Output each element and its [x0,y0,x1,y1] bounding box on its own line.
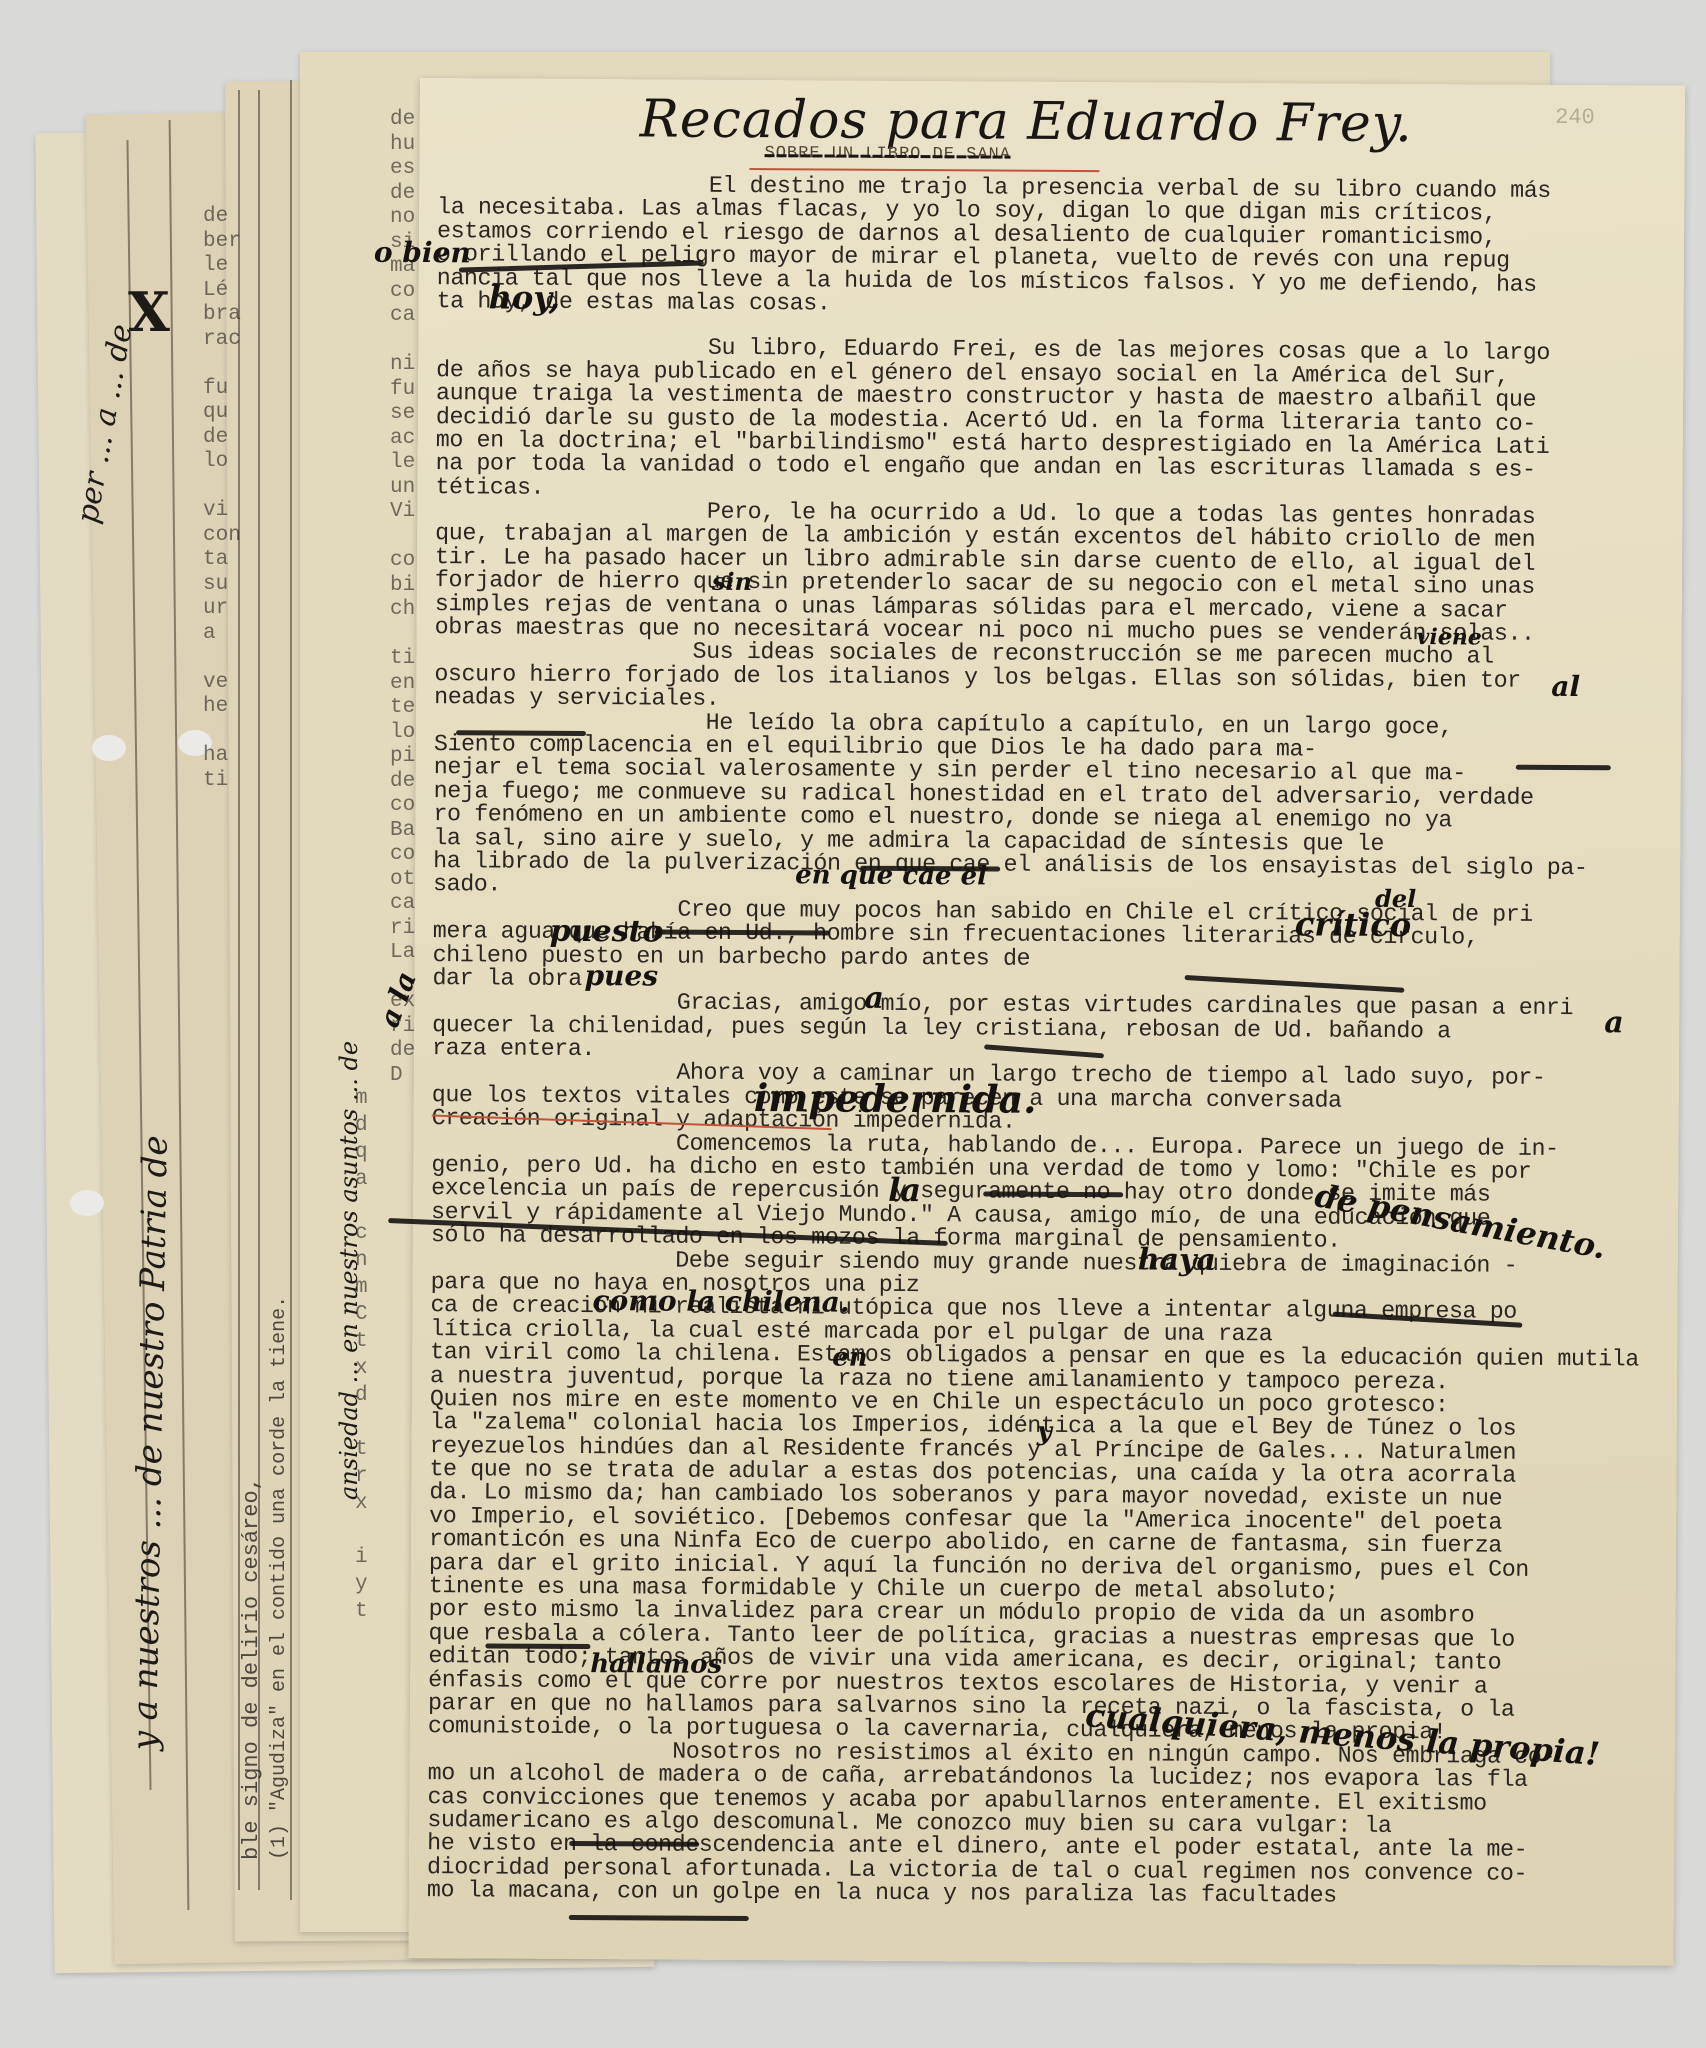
handwritten-insertion: y [1037,1417,1052,1447]
rotated-typed-line-1: ble signo de delirio cesáreo, [240,1477,265,1860]
ink-strikethrough [1516,765,1611,771]
main-manuscript-page: Recados para Eduardo Frey. SOBRE UN LIBR… [409,78,1685,1966]
ink-strikethrough [655,929,830,935]
handwritten-insertion: al [1551,670,1580,703]
margin-x-mark: X [128,280,170,344]
faint-page-number: 240 [1555,105,1595,130]
handwritten-insertion: haya [1138,1242,1216,1277]
handwritten-insertion: hoy, [489,278,561,316]
ink-strikethrough [456,730,586,736]
punch-hole [92,735,126,761]
handwritten-insertion: hallamos [590,1649,722,1680]
ink-strikethrough [860,866,1000,872]
margin-handwritten-note-3: ansiedad ... en nuestros asuntos ... de [335,1041,363,1500]
handwritten-insertion: a [864,981,884,1016]
handwritten-insertion: viene [1417,624,1482,650]
ink-strikethrough [983,1191,1123,1197]
handwritten-insertion: la [888,1171,921,1209]
handwritten-insertion: como la chilena. [592,1284,849,1319]
rotated-typed-line-2: (1) "Agudiza" en el contido una corde la… [268,1296,293,1860]
handwritten-insertion: impedernida. [754,1075,1037,1122]
handwritten-insertion: pues [584,959,658,992]
handwritten-insertion: a [1604,1005,1624,1040]
ink-strikethrough [569,1841,699,1847]
ink-strikethrough [569,1915,749,1921]
handwritten-insertion: crítico [1295,905,1411,944]
background-text-fragment-a: de ber le Lé bra rac fu qu de lo vi con … [203,205,241,793]
struck-typed-subtitle: SOBRE UN LIBRO DE SANA [764,144,1011,165]
red-pencil-underline [749,168,1099,172]
ink-strikethrough [485,1643,590,1649]
punch-hole [70,1190,104,1216]
handwritten-insertion: sin [712,567,752,596]
handwritten-insertion: puesto [550,914,663,950]
handwritten-insertion: o bien [374,236,471,270]
handwritten-insertion: en [832,1343,868,1373]
handwritten-title: Recados para Eduardo Frey. [640,89,1413,154]
